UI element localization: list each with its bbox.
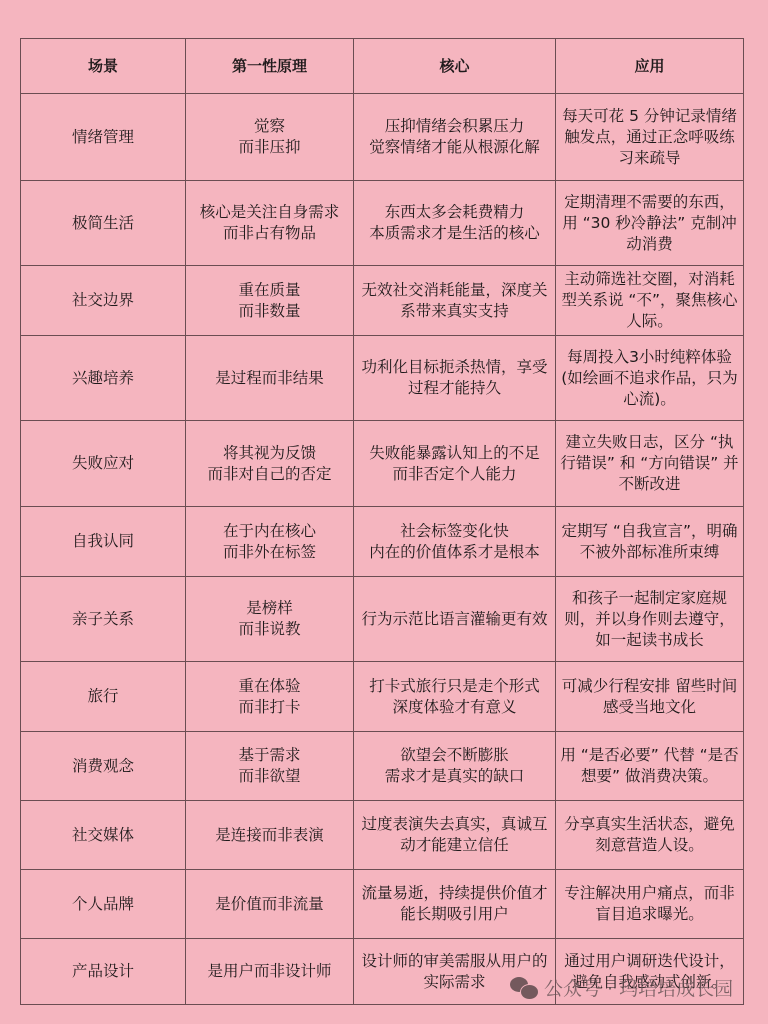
cell-core: 压抑情绪会积累压力觉察情绪才能从根源化解 [354, 94, 556, 181]
principle-line: 而非打卡 [189, 697, 350, 718]
table-row: 个人品牌是价值而非流量流量易逝，持续提供价值才能长期吸引用户专注解决用户痛点，而… [21, 870, 744, 939]
cell-core: 行为示范比语言灌输更有效 [354, 577, 556, 662]
cell-core: 东西太多会耗费精力本质需求才是生活的核心 [354, 181, 556, 266]
core-line: 欲望会不断膨胀 [357, 745, 552, 766]
cell-application: 可减少行程安排 留些时间感受当地文化 [556, 662, 744, 732]
principle-line: 是连接而非表演 [189, 825, 350, 846]
core-line: 失败能暴露认知上的不足 [357, 443, 552, 464]
cell-principle: 核心是关注自身需求而非占有物品 [186, 181, 354, 266]
core-line: 流量易逝，持续提供价值才能长期吸引用户 [357, 883, 552, 925]
cell-scene: 亲子关系 [21, 577, 186, 662]
application-text: 用 “是否必要” 代替 “是否想要” 做消费决策。 [559, 745, 740, 787]
cell-scene: 兴趣培养 [21, 336, 186, 421]
cell-application: 分享真实生活状态，避免刻意营造人设。 [556, 801, 744, 870]
wechat-icon [510, 977, 538, 999]
application-text: 分享真实生活状态，避免刻意营造人设。 [559, 814, 740, 856]
cell-principle: 是连接而非表演 [186, 801, 354, 870]
header-scene: 场景 [21, 39, 186, 94]
principle-line: 核心是关注自身需求 [189, 202, 350, 223]
core-line: 打卡式旅行只是走个形式 [357, 676, 552, 697]
principle-line: 在于内在核心 [189, 521, 350, 542]
cell-principle: 将其视为反馈而非对自己的否定 [186, 421, 354, 507]
principle-line: 而非说教 [189, 619, 350, 640]
table-header-row: 场景 第一性原理 核心 应用 [21, 39, 744, 94]
cell-scene: 社交边界 [21, 266, 186, 336]
application-text: 每周投入3小时纯粹体验(如绘画不追求作品，只为心流)。 [559, 347, 740, 410]
principle-line: 而非外在标签 [189, 542, 350, 563]
principle-line: 而非数量 [189, 301, 350, 322]
cell-principle: 是榜样而非说教 [186, 577, 354, 662]
cell-core: 失败能暴露认知上的不足而非否定个人能力 [354, 421, 556, 507]
cell-core: 过度表演失去真实，真诚互动才能建立信任 [354, 801, 556, 870]
cell-application: 用 “是否必要” 代替 “是否想要” 做消费决策。 [556, 732, 744, 801]
core-line: 功利化目标扼杀热情，享受过程才能持久 [357, 357, 552, 399]
application-text: 专注解决用户痛点，而非盲目追求曝光。 [559, 883, 740, 925]
table-row: 兴趣培养是过程而非结果功利化目标扼杀热情，享受过程才能持久每周投入3小时纯粹体验… [21, 336, 744, 421]
table-row: 亲子关系是榜样而非说教行为示范比语言灌输更有效和孩子一起制定家庭规则，并以身作则… [21, 577, 744, 662]
principle-line: 是价值而非流量 [189, 894, 350, 915]
cell-core: 功利化目标扼杀热情，享受过程才能持久 [354, 336, 556, 421]
principle-line: 重在质量 [189, 280, 350, 301]
application-text: 定期写 “自我宣言”，明确不被外部标准所束缚 [559, 521, 740, 563]
cell-core: 社会标签变化快内在的价值体系才是根本 [354, 507, 556, 577]
table-row: 消费观念基于需求而非欲望欲望会不断膨胀需求才是真实的缺口用 “是否必要” 代替 … [21, 732, 744, 801]
core-line: 觉察情绪才能从根源化解 [357, 137, 552, 158]
core-line: 过度表演失去真实，真诚互动才能建立信任 [357, 814, 552, 856]
core-line: 本质需求才是生活的核心 [357, 223, 552, 244]
cell-application: 定期清理不需要的东西，用 “30 秒冷静法” 克制冲动消费 [556, 181, 744, 266]
cell-principle: 在于内在核心而非外在标签 [186, 507, 354, 577]
watermark: 公众号 · 玛培培成长园 [510, 974, 733, 1001]
cell-scene: 产品设计 [21, 939, 186, 1005]
cell-scene: 情绪管理 [21, 94, 186, 181]
principle-line: 基于需求 [189, 745, 350, 766]
cell-scene: 失败应对 [21, 421, 186, 507]
cell-scene: 消费观念 [21, 732, 186, 801]
header-principle: 第一性原理 [186, 39, 354, 94]
core-line: 内在的价值体系才是根本 [357, 542, 552, 563]
principle-line: 觉察 [189, 116, 350, 137]
principle-line: 是榜样 [189, 598, 350, 619]
watermark-text: 公众号 · 玛培培成长园 [544, 974, 733, 1001]
table-row: 极简生活核心是关注自身需求而非占有物品东西太多会耗费精力本质需求才是生活的核心定… [21, 181, 744, 266]
principle-line: 而非占有物品 [189, 223, 350, 244]
principle-line: 重在体验 [189, 676, 350, 697]
cell-principle: 是价值而非流量 [186, 870, 354, 939]
application-text: 建立失败日志，区分 “执行错误” 和 “方向错误” 并不断改进 [559, 432, 740, 495]
application-text: 每天可花 5 分钟记录情绪触发点，通过正念呼吸练习来疏导 [559, 106, 740, 169]
table-row: 失败应对将其视为反馈而非对自己的否定失败能暴露认知上的不足而非否定个人能力建立失… [21, 421, 744, 507]
core-line: 压抑情绪会积累压力 [357, 116, 552, 137]
cell-principle: 重在质量而非数量 [186, 266, 354, 336]
cell-scene: 个人品牌 [21, 870, 186, 939]
core-line: 深度体验才有意义 [357, 697, 552, 718]
cell-application: 和孩子一起制定家庭规则，并以身作则去遵守，如一起读书成长 [556, 577, 744, 662]
principle-line: 而非欲望 [189, 766, 350, 787]
cell-principle: 基于需求而非欲望 [186, 732, 354, 801]
cell-application: 每周投入3小时纯粹体验(如绘画不追求作品，只为心流)。 [556, 336, 744, 421]
cell-application: 建立失败日志，区分 “执行错误” 和 “方向错误” 并不断改进 [556, 421, 744, 507]
cell-core: 欲望会不断膨胀需求才是真实的缺口 [354, 732, 556, 801]
application-text: 和孩子一起制定家庭规则，并以身作则去遵守，如一起读书成长 [559, 588, 740, 651]
table-row: 自我认同在于内在核心而非外在标签社会标签变化快内在的价值体系才是根本定期写 “自… [21, 507, 744, 577]
cell-core: 无效社交消耗能量，深度关系带来真实支持 [354, 266, 556, 336]
header-application: 应用 [556, 39, 744, 94]
cell-application: 主动筛选社交圈，对消耗型关系说 “不”，聚焦核心人际。 [556, 266, 744, 336]
application-text: 可减少行程安排 留些时间感受当地文化 [559, 676, 740, 718]
principle-line: 而非对自己的否定 [189, 464, 350, 485]
table-row: 旅行重在体验而非打卡打卡式旅行只是走个形式深度体验才有意义可减少行程安排 留些时… [21, 662, 744, 732]
core-line: 需求才是真实的缺口 [357, 766, 552, 787]
cell-principle: 觉察而非压抑 [186, 94, 354, 181]
table-row: 社交媒体是连接而非表演过度表演失去真实，真诚互动才能建立信任分享真实生活状态，避… [21, 801, 744, 870]
cell-scene: 自我认同 [21, 507, 186, 577]
cell-principle: 是过程而非结果 [186, 336, 354, 421]
principle-line: 而非压抑 [189, 137, 350, 158]
principle-line: 是用户而非设计师 [189, 961, 350, 982]
principle-line: 是过程而非结果 [189, 368, 350, 389]
table-row: 情绪管理觉察而非压抑压抑情绪会积累压力觉察情绪才能从根源化解每天可花 5 分钟记… [21, 94, 744, 181]
application-text: 定期清理不需要的东西，用 “30 秒冷静法” 克制冲动消费 [559, 192, 740, 255]
cell-principle: 是用户而非设计师 [186, 939, 354, 1005]
core-line: 而非否定个人能力 [357, 464, 552, 485]
cell-application: 专注解决用户痛点，而非盲目追求曝光。 [556, 870, 744, 939]
table-row: 社交边界重在质量而非数量无效社交消耗能量，深度关系带来真实支持主动筛选社交圈，对… [21, 266, 744, 336]
core-line: 社会标签变化快 [357, 521, 552, 542]
cell-principle: 重在体验而非打卡 [186, 662, 354, 732]
first-principles-table: 场景 第一性原理 核心 应用 情绪管理觉察而非压抑压抑情绪会积累压力觉察情绪才能… [20, 38, 744, 1005]
core-line: 行为示范比语言灌输更有效 [357, 609, 552, 630]
core-line: 东西太多会耗费精力 [357, 202, 552, 223]
cell-application: 每天可花 5 分钟记录情绪触发点，通过正念呼吸练习来疏导 [556, 94, 744, 181]
cell-application: 定期写 “自我宣言”，明确不被外部标准所束缚 [556, 507, 744, 577]
principle-line: 将其视为反馈 [189, 443, 350, 464]
table-body: 情绪管理觉察而非压抑压抑情绪会积累压力觉察情绪才能从根源化解每天可花 5 分钟记… [21, 94, 744, 1005]
cell-scene: 旅行 [21, 662, 186, 732]
cell-core: 流量易逝，持续提供价值才能长期吸引用户 [354, 870, 556, 939]
cell-scene: 极简生活 [21, 181, 186, 266]
header-core: 核心 [354, 39, 556, 94]
cell-core: 打卡式旅行只是走个形式深度体验才有意义 [354, 662, 556, 732]
core-line: 无效社交消耗能量，深度关系带来真实支持 [357, 280, 552, 322]
application-text: 主动筛选社交圈，对消耗型关系说 “不”，聚焦核心人际。 [559, 269, 740, 332]
cell-scene: 社交媒体 [21, 801, 186, 870]
